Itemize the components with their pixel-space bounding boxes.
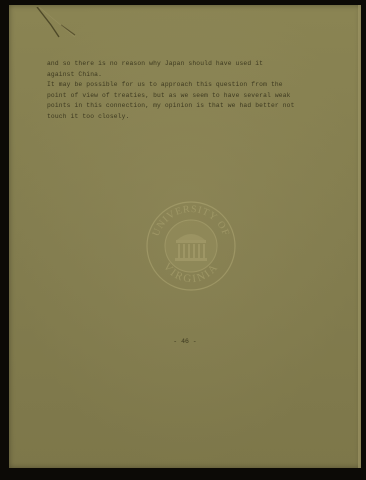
text-line: It may be possible for us to approach th… <box>47 80 347 91</box>
university-seal-watermark-icon: UNIVERSITY OF VIRGINIA <box>145 200 237 292</box>
page-number: - 46 - <box>9 338 361 345</box>
text-line: and so there is no reason why Japan shou… <box>47 59 347 70</box>
text-line: touch it too closely. <box>47 112 347 123</box>
text-line: points in this connection, my opinion is… <box>47 101 347 112</box>
text-line: point of view of treaties, but as we see… <box>47 91 347 102</box>
document-page: and so there is no reason why Japan shou… <box>9 5 361 468</box>
crease-mark-icon <box>31 7 81 41</box>
scan-viewport: and so there is no reason why Japan shou… <box>0 0 366 480</box>
text-line: against China. <box>47 70 347 81</box>
page-edge <box>358 5 361 468</box>
typed-text-body: and so there is no reason why Japan shou… <box>47 59 347 122</box>
